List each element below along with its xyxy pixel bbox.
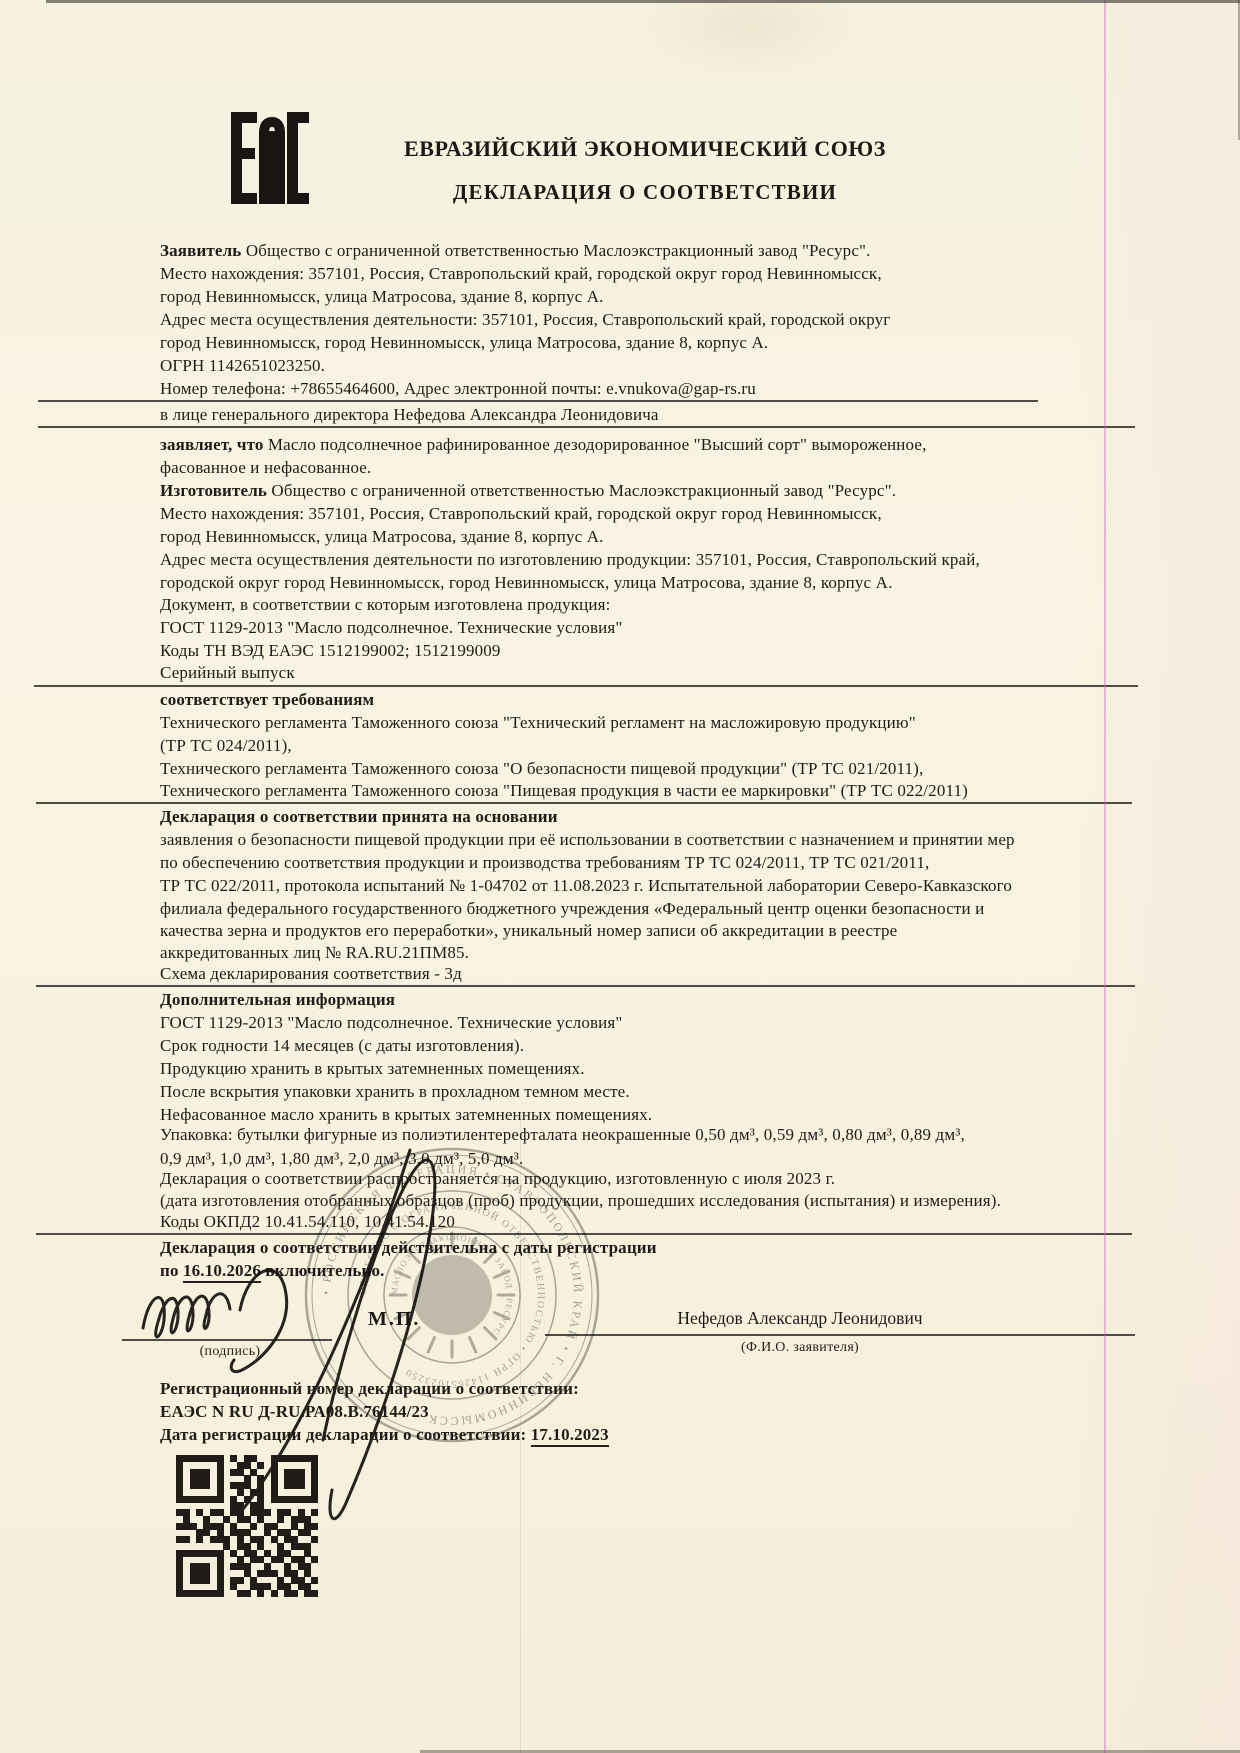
additional-line: ГОСТ 1129-2013 "Масло подсолнечное. Техн… [160,1012,623,1033]
basis-line: филиала федерального государственного бю… [160,898,984,919]
scan-edge-top [46,0,1240,3]
registration-date-label: Дата регистрации декларации о соответств… [160,1425,531,1444]
applicant-fio: Нефедов Александр Леонидович [550,1308,1050,1329]
regulation-line: (ТР ТС 024/2011), [160,735,292,756]
basis-line: ТР ТС 022/2011, протокола испытаний № 1-… [160,875,1012,896]
applicant-activity-line: город Невинномысск, город Невинномысск, … [160,332,768,353]
divider-line [36,802,1132,804]
registration-date: 17.10.2023 [531,1425,609,1447]
applicant-name: Общество с ограниченной ответственностью… [241,241,870,260]
additional-line: Продукцию хранить в крытых затемненных п… [160,1058,585,1079]
product-name: Масло подсолнечное рафинированное дезодо… [264,435,927,454]
manufacturer-address-line: город Невинномысск, улица Матросова, зда… [160,526,604,547]
manufacturer-activity-line: городской округ город Невинномысск, горо… [160,572,892,593]
applicant-activity-line: Адрес места осуществления деятельности: … [160,309,890,330]
basis-line: качества зерна и продуктов его переработ… [160,920,897,941]
regulation-line: Технического регламента Таможенного союз… [160,712,916,733]
basis-line: по обеспечению соответствия продукции и … [160,852,929,873]
additional-line: После вскрытия упаковки хранить в прохла… [160,1081,630,1102]
basis-heading: Декларация о соответствии принята на осн… [160,806,558,827]
union-name: ЕВРАЗИЙСКИЙ ЭКОНОМИЧЕСКИЙ СОЮЗ [290,136,1000,162]
paper-crease [520,1120,521,1753]
document-intro-line: Документ, в соответствии с которым изгот… [160,594,611,615]
manufacturer-name: Общество с ограниченной ответственностью… [267,481,896,500]
manufacturer-label: Изготовитель [160,481,267,500]
divider-line [36,985,1135,987]
scheme-line: Схема декларирования соответствия - 3д [160,963,462,984]
tnved-line: Коды ТН ВЭД ЕАЭС 1512199002; 1512199009 [160,640,501,661]
applicant-line: Заявитель Общество с ограниченной ответс… [160,240,871,261]
applicant-label: Заявитель [160,241,241,260]
contacts-line: Номер телефона: +78655464600, Адрес элек… [160,378,756,399]
registration-number: ЕАЭС N RU Д-RU.РА08.В.76144/23 [160,1401,429,1422]
manufacturer-activity-line: Адрес места осуществления деятельности п… [160,549,980,570]
scan-tint [1070,0,1240,1753]
scan-smudge [640,0,860,80]
regulation-line: Технического регламента Таможенного союз… [160,780,968,801]
registration-date-line: Дата регистрации декларации о соответств… [160,1424,609,1445]
additional-heading: Дополнительная информация [160,989,395,1010]
fio-caption: (Ф.И.О. заявителя) [550,1340,1050,1356]
compliance-heading: соответствует требованиям [160,689,374,710]
in-person-line: в лице генерального директора Нефедова А… [160,404,659,425]
fio-line [545,1334,1135,1336]
qr-code [176,1455,318,1597]
scanned-declaration-page: ЕВРАЗИЙСКИЙ ЭКОНОМИЧЕСКИЙ СОЮЗ ДЕКЛАРАЦИ… [0,0,1240,1753]
additional-line: Нефасованное масло хранить в крытых зате… [160,1104,652,1125]
manufacturer-line: Изготовитель Общество с ограниченной отв… [160,480,896,501]
basis-line: аккредитованных лиц № RA.RU.21ПМ85. [160,942,469,963]
release-line: Серийный выпуск [160,662,295,683]
divider-line [38,426,1135,428]
divider-line [34,685,1138,687]
registration-number-label: Регистрационный номер декларации о соотв… [160,1378,579,1399]
additional-line: Срок годности 14 месяцев (с даты изготов… [160,1035,524,1056]
regulation-line: Технического регламента Таможенного союз… [160,758,923,779]
declares-line2: фасованное и нефасованное. [160,457,371,478]
ogrn-line: ОГРН 1142651023250. [160,355,325,376]
basis-line: заявления о безопасности пищевой продукц… [160,829,1015,850]
manufacturer-address-line: Место нахождения: 357101, Россия, Ставро… [160,503,882,524]
divider-line [38,400,1038,402]
scanner-artifact-line [1104,0,1106,1753]
page-title: ДЕКЛАРАЦИЯ О СООТВЕТСТВИИ [290,180,1000,205]
applicant-address-line: Место нахождения: 357101, Россия, Ставро… [160,263,882,284]
declares-line: заявляет, что Масло подсолнечное рафинир… [160,434,926,455]
gost-line: ГОСТ 1129-2013 "Масло подсолнечное. Техн… [160,617,623,638]
declares-label: заявляет, что [160,435,264,454]
applicant-address-line: город Невинномысск, улица Матросова, зда… [160,286,604,307]
